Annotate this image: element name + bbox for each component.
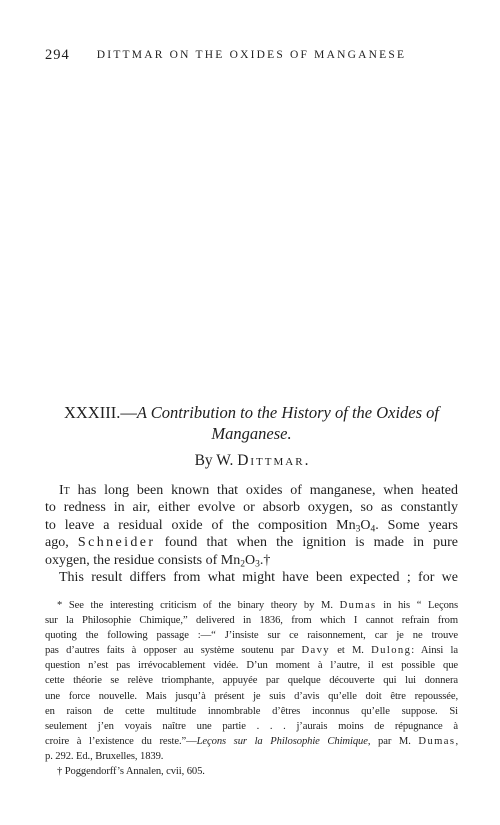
- person-name: Dulong: [371, 645, 411, 656]
- work-title: Leçons sur la Philosophie Chimique: [197, 736, 368, 747]
- body-line: to redness in air, either evolve or abso…: [45, 499, 458, 516]
- footnote-line: seulement j’en voyais naître une partie …: [45, 719, 458, 734]
- running-header: DITTMAR ON THE OXIDES OF MANGANESE: [97, 49, 406, 61]
- body-text: It has long been known that oxides of ma…: [45, 482, 458, 586]
- footnote-line: p. 292. Ed., Bruxelles, 1839.: [45, 749, 458, 764]
- page-header: 294 DITTMAR ON THE OXIDES OF MANGANESE: [45, 49, 458, 61]
- title-line-1: XXXIII.—A Contribution to the History of…: [45, 402, 458, 423]
- body-line: to leave a residual oxide of the composi…: [45, 517, 458, 534]
- body-line: ago, Schneider found that when the ignit…: [45, 534, 458, 551]
- footnote-line: question n’est pas irrévocablement vidée…: [45, 658, 458, 673]
- footnote-line: croire à l’existence du reste.”—Leçons s…: [45, 734, 458, 749]
- body-line: This result differs from what might have…: [45, 569, 458, 586]
- page-number: 294: [45, 47, 70, 64]
- byline: By W. Dittmar.: [45, 452, 458, 470]
- person-name: Davy: [301, 645, 330, 656]
- dagger-mark: .†: [260, 553, 271, 568]
- body-line: It has long been known that oxides of ma…: [45, 482, 458, 499]
- footnote-line: en raison de cette multitude innombrable…: [45, 704, 458, 719]
- title-line-2: Manganese.: [45, 423, 458, 444]
- footnote-line: une force nouvelle. Mais jusqu’à présent…: [45, 689, 458, 704]
- footnote-line: quoting the following passage :—“ J’insi…: [45, 628, 458, 643]
- footnote-line: * See the interesting criticism of the b…: [45, 598, 458, 613]
- footnotes: * See the interesting criticism of the b…: [45, 598, 458, 779]
- scanned-paper-page: 294 DITTMAR ON THE OXIDES OF MANGANESE X…: [0, 0, 500, 825]
- author-name: Dittmar: [237, 452, 304, 469]
- person-name: Dumas: [418, 736, 455, 747]
- person-name: Dumas: [340, 600, 377, 611]
- footnote-line: pas d’autres faits à opposer au système …: [45, 643, 458, 658]
- person-name: Schneider: [78, 535, 156, 550]
- body-line: oxygen, the residue consists of Mn2O3.†: [45, 552, 458, 569]
- article-title: XXXIII.—A Contribution to the History of…: [45, 402, 458, 444]
- footnote-line: sur la Philosophie Chimique,” delivered …: [45, 613, 458, 628]
- article-number: XXXIII.—: [64, 403, 137, 422]
- title-text: A Contribution to the History of the Oxi…: [137, 403, 439, 422]
- footnote-line: cette théorie se relève triomphante, app…: [45, 673, 458, 688]
- footnote-line: † Poggendorff’s Annalen, cvii, 605.: [45, 764, 458, 779]
